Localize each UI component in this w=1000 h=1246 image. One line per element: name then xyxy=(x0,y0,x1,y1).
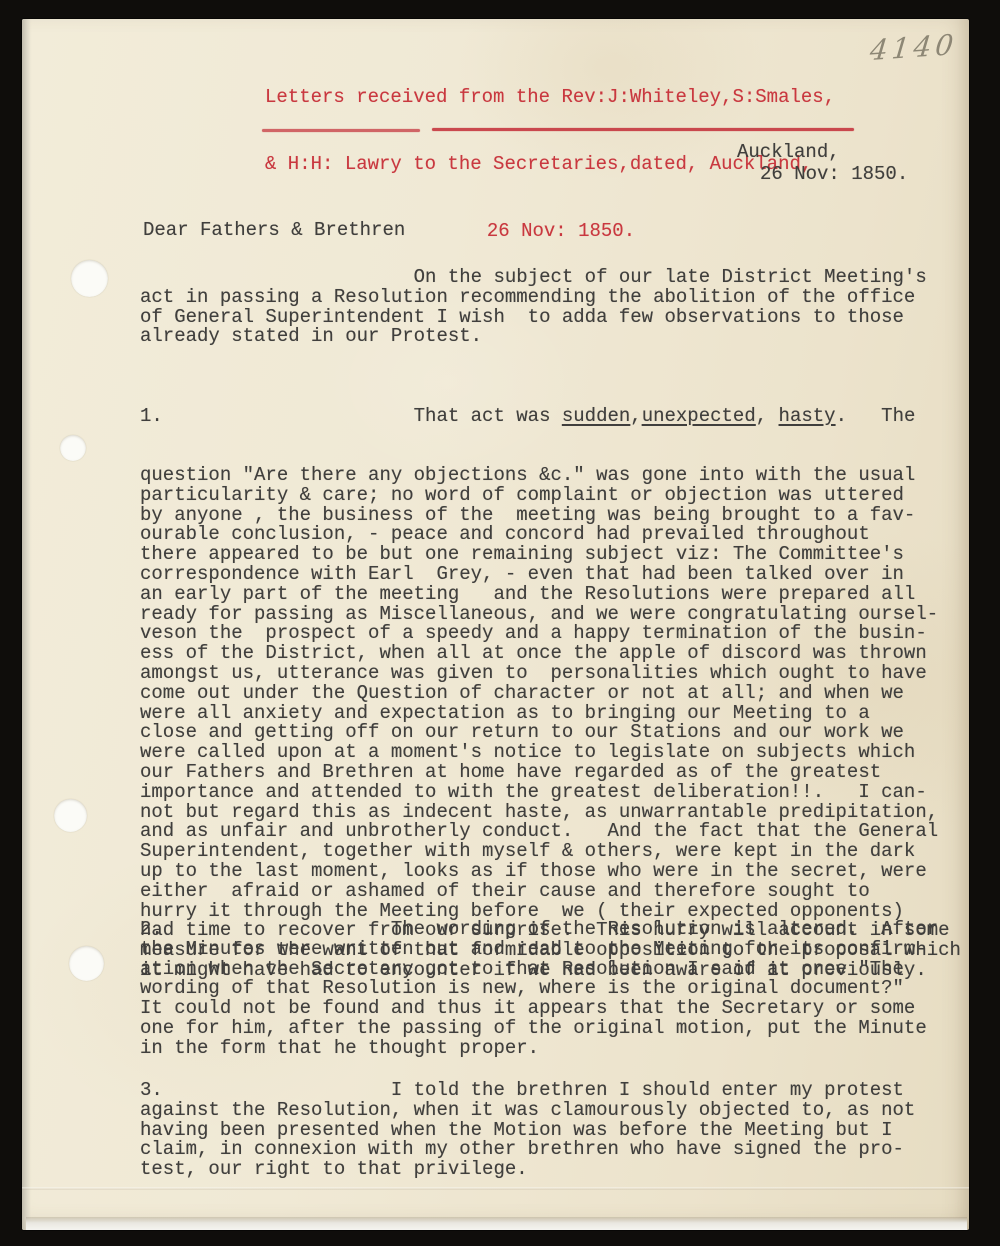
underlined-word-hasty: hasty xyxy=(779,405,836,427)
salutation: Dear Fathers & Brethren xyxy=(143,221,405,241)
pencil-archive-number: 4140 xyxy=(868,28,959,67)
punch-hole xyxy=(60,435,86,461)
separator: , xyxy=(630,405,641,427)
red-divider-line xyxy=(432,128,854,131)
paragraph-1-lead-line: 1. That act was sudden,unexpected, hasty… xyxy=(140,407,961,427)
paragraph-1-lead-prefix: 1. That act was xyxy=(140,405,562,427)
page-left-edge xyxy=(22,19,31,1230)
letter-page: 4140 Letters received from the Rev:J:Whi… xyxy=(22,19,969,1230)
opening-paragraph: On the subject of our late District Meet… xyxy=(140,268,927,347)
punch-hole xyxy=(69,946,104,981)
punch-hole xyxy=(54,799,87,832)
paragraph-2: 2. The wording of the Resolution is alte… xyxy=(140,920,938,1059)
underlined-word-sudden: sudden xyxy=(562,405,630,427)
paper-crease xyxy=(22,1187,969,1190)
dateline-date: 26 Nov: 1850. xyxy=(760,165,908,185)
red-divider-line xyxy=(262,129,420,132)
scan-background: 4140 Letters received from the Rev:J:Whi… xyxy=(0,0,1000,1246)
separator: , xyxy=(756,405,779,427)
paragraph-1-body: question "Are there any objections &c." … xyxy=(140,466,961,981)
paragraph-1-lead-suffix: . The xyxy=(836,405,916,427)
punch-hole xyxy=(71,260,108,297)
paragraph-3: 3. I told the brethren I should enter my… xyxy=(140,1081,915,1180)
dateline-place: Auckland, xyxy=(737,143,840,163)
underlined-word-unexpected: unexpected xyxy=(642,405,756,427)
archive-header-line1: Letters received from the Rev:J:Whiteley… xyxy=(265,86,857,108)
page-bottom-edge xyxy=(26,1217,967,1230)
